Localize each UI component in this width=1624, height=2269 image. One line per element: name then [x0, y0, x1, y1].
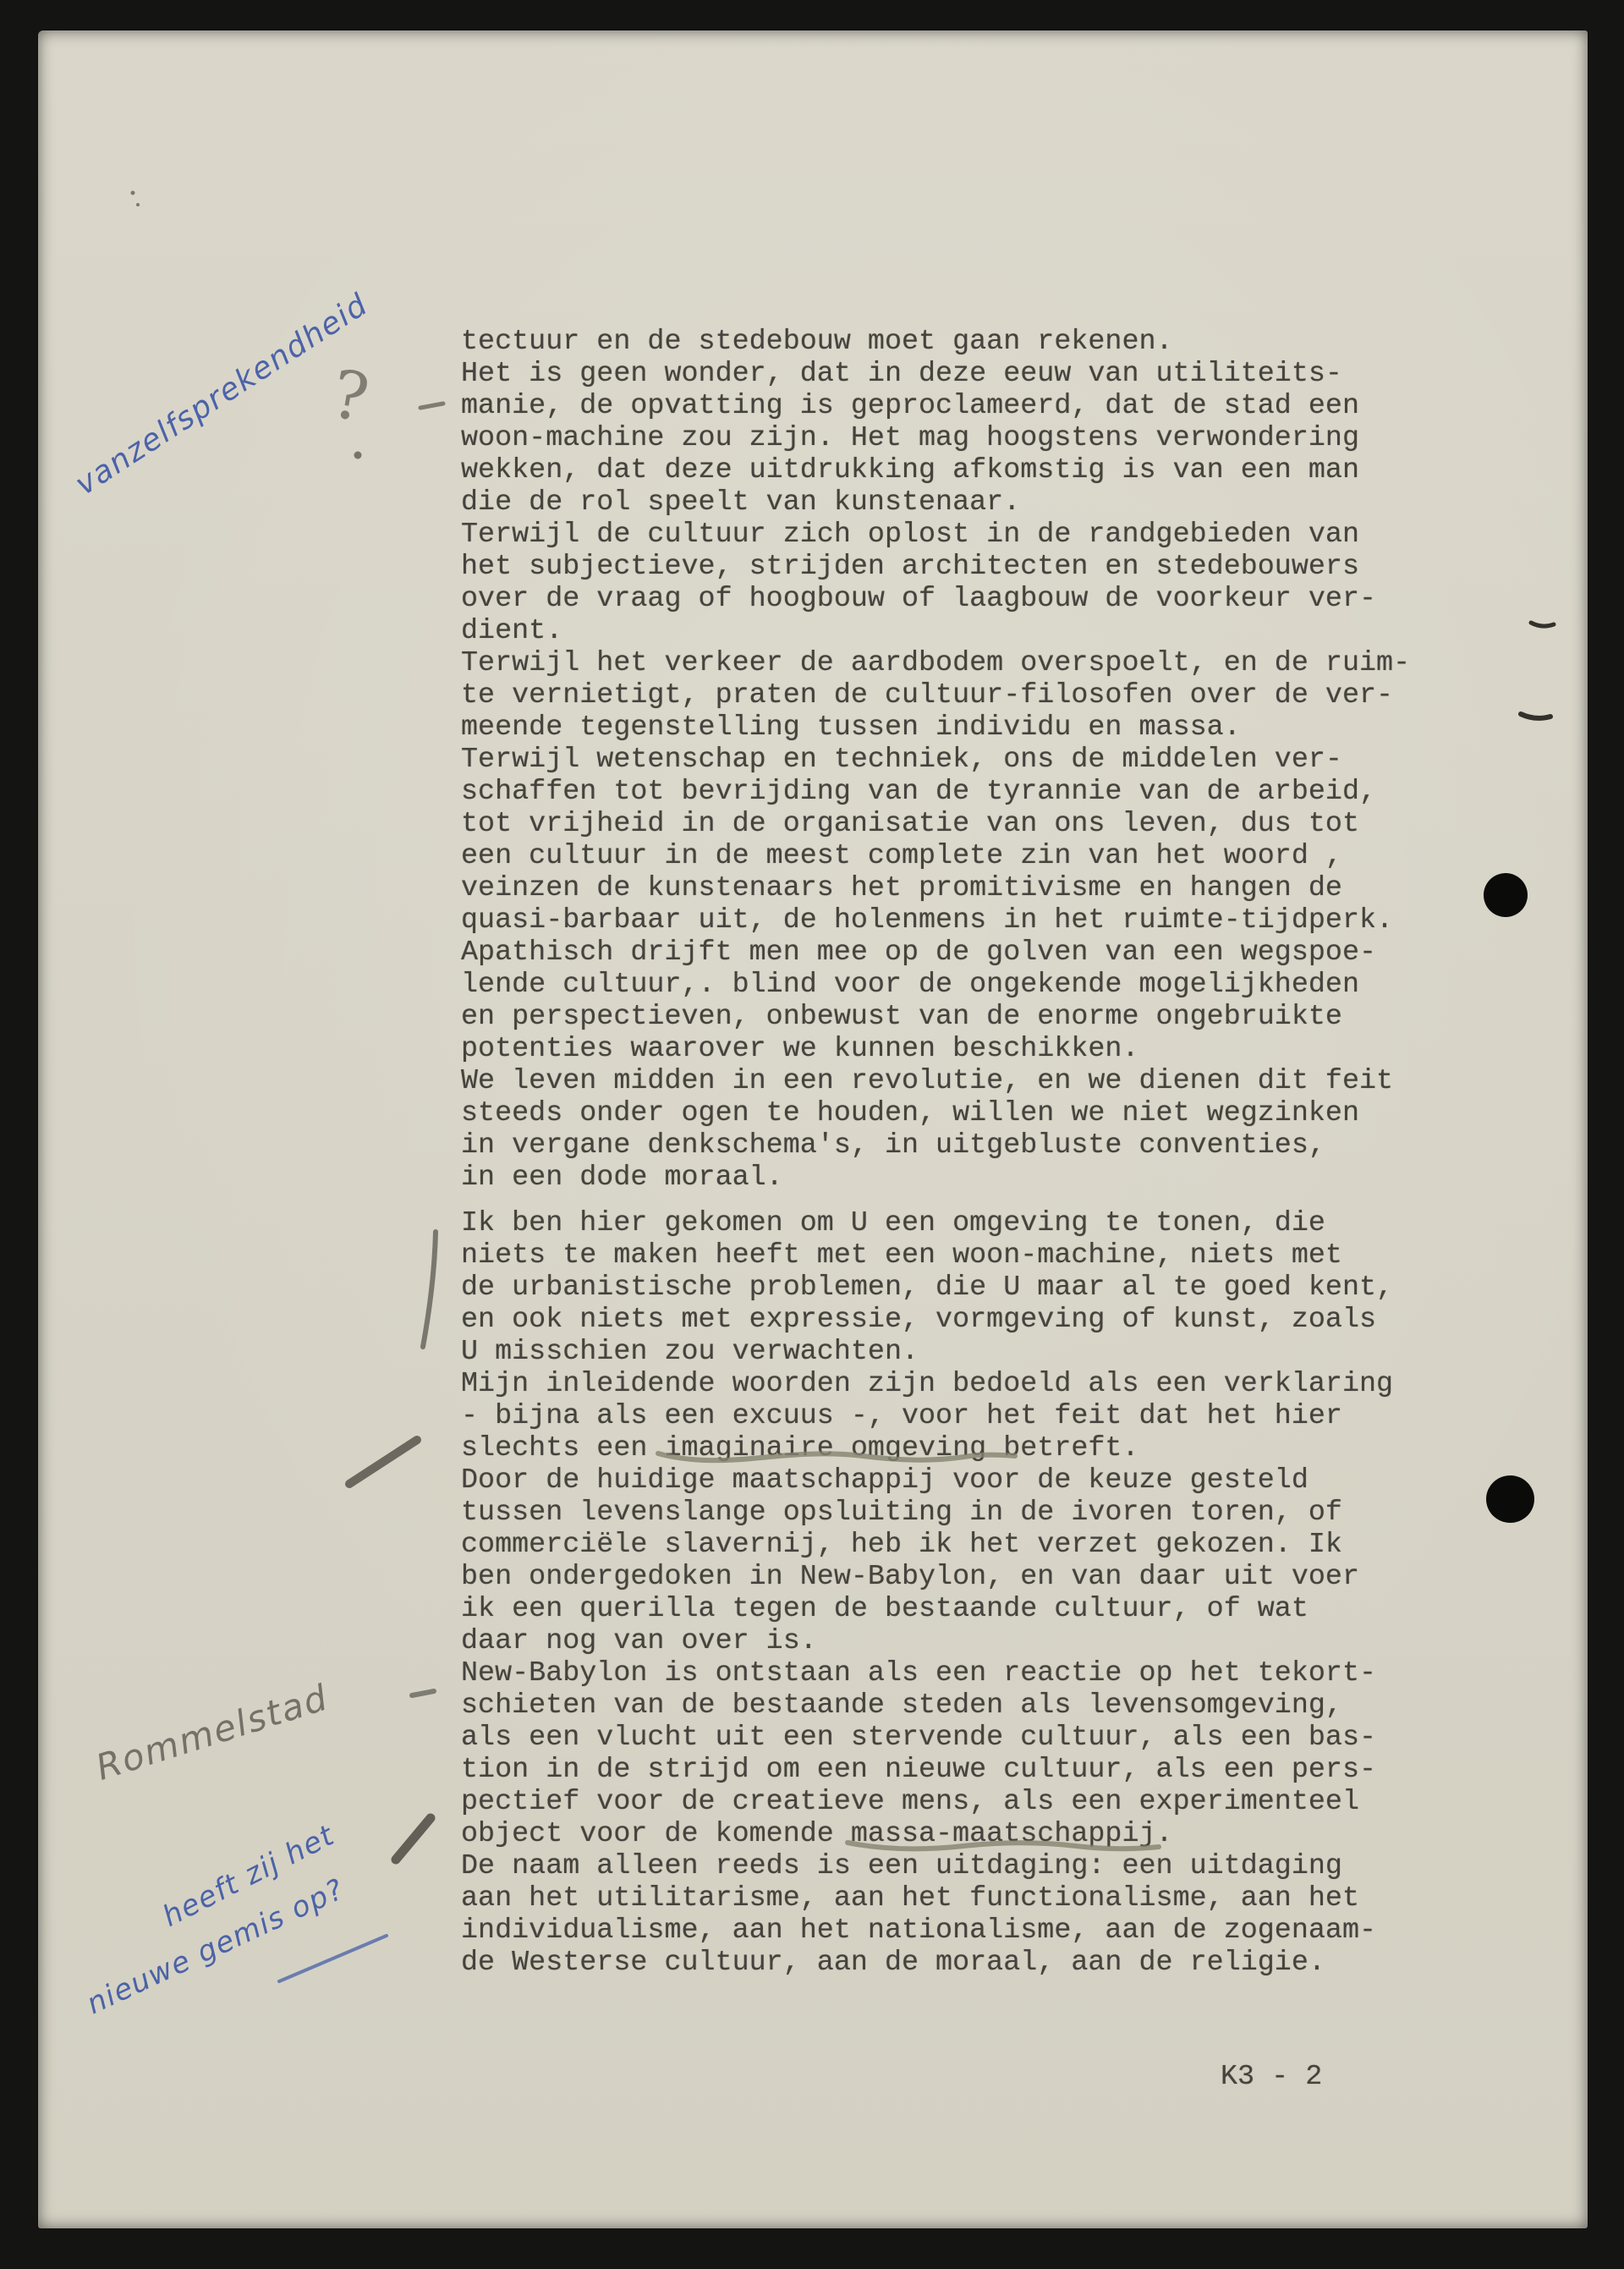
typed-line: Terwijl wetenschap en techniek, ons de m…: [461, 744, 1493, 776]
typed-line: schieten van de bestaande steden als lev…: [461, 1689, 1493, 1722]
typed-line: pectief voor de creatieve mens, als een …: [461, 1786, 1493, 1818]
typed-line: aan het utilitarisme, aan het functional…: [461, 1882, 1493, 1915]
typed-line: en perspectieven, onbewust van de enorme…: [461, 1001, 1493, 1033]
paper-sheet: tectuur en de stedebouw moet gaan rekene…: [38, 30, 1588, 2228]
typed-line: het subjectieve, strijden architecten en…: [461, 551, 1493, 583]
typed-line: individualisme, aan het nationalisme, aa…: [461, 1915, 1493, 1947]
scan-background: tectuur en de stedebouw moet gaan rekene…: [0, 0, 1624, 2269]
typed-line: ben ondergedoken in New-Babylon, en van …: [461, 1561, 1493, 1593]
typed-line: Ik ben hier gekomen om U een omgeving te…: [461, 1207, 1493, 1239]
typed-line: tectuur en de stedebouw moet gaan rekene…: [461, 326, 1493, 358]
typed-line: daar nog van over is.: [461, 1625, 1493, 1657]
typed-line: als een vlucht uit een stervende cultuur…: [461, 1722, 1493, 1754]
typed-line: Door de huidige maatschappij voor de keu…: [461, 1464, 1493, 1497]
punch-hole-bottom: [1486, 1475, 1534, 1523]
typed-line: commerciële slavernij, heb ik het verzet…: [461, 1529, 1493, 1561]
typed-line: lende cultuur,. blind voor de ongekende …: [461, 969, 1493, 1001]
typed-line: een cultuur in de meest complete zin van…: [461, 840, 1493, 872]
typed-line: de Westerse cultuur, aan de moraal, aan …: [461, 1947, 1493, 1979]
typed-line: Terwijl de cultuur zich oplost in de ran…: [461, 519, 1493, 551]
pencil-vertical-stroke: [423, 1232, 436, 1347]
pencil-slash-bottom: [396, 1818, 431, 1860]
typed-line: slechts een imaginaire omgeving betreft.: [461, 1432, 1493, 1464]
typed-line: U misschien zou verwachten.: [461, 1336, 1493, 1368]
typed-line: niets te maken heeft met een woon-machin…: [461, 1239, 1493, 1272]
paper-speck: [136, 203, 140, 206]
ink-mark-right-2: [1521, 714, 1550, 718]
typed-line: wekken, dat deze uitdrukking afkomstig i…: [461, 454, 1493, 486]
pencil-diagonal-stroke: [349, 1440, 417, 1484]
typed-line: We leven midden in een revolutie, en we …: [461, 1065, 1493, 1097]
typed-line: en ook niets met expressie, vormgeving o…: [461, 1304, 1493, 1336]
typed-line: manie, de opvatting is geproclameerd, da…: [461, 390, 1493, 422]
pencil-dash-top: [420, 404, 443, 408]
ink-mark-right-1: [1531, 623, 1554, 626]
blue-underline-stroke: [279, 1936, 387, 1981]
typed-line: tussen levenslange opsluiting in de ivor…: [461, 1497, 1493, 1529]
typed-line: meende tegenstelling tussen individu en …: [461, 711, 1493, 744]
paper-speck: [131, 191, 135, 195]
typed-line: te vernietigt, praten de cultuur-filosof…: [461, 679, 1493, 711]
typed-line: Het is geen wonder, dat in deze eeuw van…: [461, 358, 1493, 390]
punch-hole-top: [1484, 873, 1528, 917]
typed-line: Apathisch drijft men mee op de golven va…: [461, 937, 1493, 969]
pencil-dash-middle: [412, 1691, 434, 1695]
typed-line: steeds onder ogen te houden, willen we n…: [461, 1097, 1493, 1129]
typed-line: ik een querilla tegen de bestaande cultu…: [461, 1593, 1493, 1625]
typed-line: quasi-barbaar uit, de holenmens in het r…: [461, 904, 1493, 937]
typed-line: Mijn inleidende woorden zijn bedoeld als…: [461, 1368, 1493, 1400]
typed-line: in vergane denkschema's, in uitgebluste …: [461, 1129, 1493, 1162]
page-number: K3 - 2: [1221, 2061, 1322, 2093]
typed-line: tot vrijheid in de organisatie van ons l…: [461, 808, 1493, 840]
typed-line: veinzen de kunstenaars het promitivisme …: [461, 872, 1493, 904]
typed-line: - bijna als een excuus -, voor het feit …: [461, 1400, 1493, 1432]
typed-text: tectuur en de stedebouw moet gaan rekene…: [461, 326, 1493, 1979]
typed-line: de urbanistische problemen, die U maar a…: [461, 1272, 1493, 1304]
typed-line: potenties waarover we kunnen beschikken.: [461, 1033, 1493, 1065]
typed-line: tion in de strijd om een nieuwe cultuur,…: [461, 1754, 1493, 1786]
typed-line: New-Babylon is ontstaan als een reactie …: [461, 1657, 1493, 1689]
handwritten-note-blue-top: vanzelfsprekendheid: [69, 288, 375, 503]
typed-line: De naam alleen reeds is een uitdaging: e…: [461, 1850, 1493, 1882]
question-mark-dot: [354, 452, 362, 459]
scanned-document-page: { "page": { "typed_lines": [ "tectuur en…: [0, 0, 1624, 2269]
typed-line: in een dode moraal.: [461, 1162, 1493, 1194]
handwritten-note-pencil-middle: Rommelstad: [91, 1676, 334, 1788]
typed-line: object voor de komende massa-maatschappi…: [461, 1818, 1493, 1850]
typed-line: dient.: [461, 615, 1493, 647]
typed-line: die de rol speelt van kunstenaar.: [461, 486, 1493, 519]
typed-line: woon-machine zou zijn. Het mag hoogstens…: [461, 422, 1493, 454]
pencil-question-mark: ?: [326, 356, 375, 437]
typed-line: over de vraag of hoogbouw of laagbouw de…: [461, 583, 1493, 615]
typed-line: Terwijl het verkeer de aardbodem overspo…: [461, 647, 1493, 679]
typed-line: schaffen tot bevrijding van de tyrannie …: [461, 776, 1493, 808]
